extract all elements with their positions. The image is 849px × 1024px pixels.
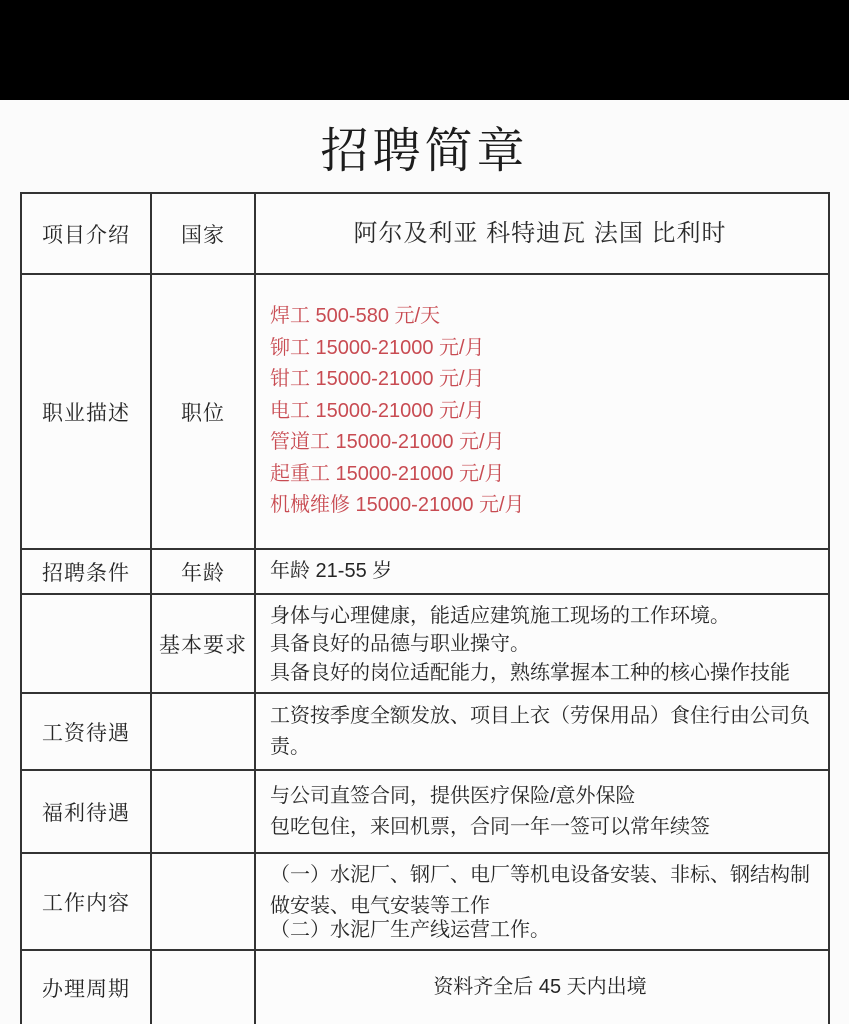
content-line: 身体与心理健康，能适应建筑施工现场的工作环境。	[270, 601, 810, 629]
content-line: （二）水泥厂生产线运营工作。	[270, 915, 810, 943]
cell-category-empty	[22, 595, 152, 694]
content-line: 电工 15000-21000 元/月	[270, 396, 810, 428]
content-line: 包吃包住，来回机票，合同一年一签可以常年续签	[270, 812, 810, 843]
cell-content-age: 年龄 21-55 岁	[256, 550, 828, 595]
cell-sub-age: 年龄	[152, 550, 256, 595]
cell-sub-empty	[152, 771, 256, 854]
recruitment-table: 项目介绍 国家 阿尔及利亚 科特迪瓦 法国 比利时 职业描述 职位 焊工 500…	[20, 192, 830, 1024]
cell-content-welfare: 与公司直签合同，提供医疗保险/意外保险 包吃包住，来回机票，合同一年一签可以常年…	[256, 771, 828, 854]
cell-sub-basic-requirements: 基本要求	[152, 595, 256, 694]
content-line: 资料齐全后 45 天内出境	[433, 972, 646, 1003]
cell-category-welfare: 福利待遇	[22, 771, 152, 854]
cell-content-basic-requirements: 身体与心理健康，能适应建筑施工现场的工作环境。 具备良好的品德与职业操守。 具备…	[256, 595, 828, 694]
cell-sub-empty	[152, 951, 256, 1024]
content-line: （一）水泥厂、钢厂、电厂等机电设备安装、非标、钢结构制做安装、电气安装等工作	[270, 860, 810, 915]
content-line: 机械维修 15000-21000 元/月	[270, 490, 810, 522]
cell-sub-empty	[152, 694, 256, 771]
top-black-bar	[0, 0, 849, 100]
cell-sub-position: 职位	[152, 275, 256, 550]
content-line: 与公司直签合同，提供医疗保险/意外保险	[270, 781, 810, 812]
content-line: 管道工 15000-21000 元/月	[270, 427, 810, 459]
content-line: 铆工 15000-21000 元/月	[270, 333, 810, 365]
content-line: 具备良好的岗位适配能力，熟练掌握本工种的核心操作技能	[270, 658, 810, 686]
cell-category-job-description: 职业描述	[22, 275, 152, 550]
content-line: 焊工 500-580 元/天	[270, 301, 810, 333]
cell-category-project-intro: 项目介绍	[22, 194, 152, 275]
content-line: 具备良好的品德与职业操守。	[270, 629, 810, 657]
cell-content-work-content: （一）水泥厂、钢厂、电厂等机电设备安装、非标、钢结构制做安装、电气安装等工作 （…	[256, 854, 828, 951]
cell-category-recruit-conditions: 招聘条件	[22, 550, 152, 595]
content-line: 钳工 15000-21000 元/月	[270, 364, 810, 396]
page-title: 招聘简章	[0, 112, 849, 181]
cell-content-salary: 工资按季度全额发放、项目上衣（劳保用品）食住行由公司负责。	[256, 694, 828, 771]
cell-category-work-content: 工作内容	[22, 854, 152, 951]
content-line: 阿尔及利亚 科特迪瓦 法国 比利时	[353, 218, 726, 249]
cell-category-salary: 工资待遇	[22, 694, 152, 771]
cell-content-positions: 焊工 500-580 元/天 铆工 15000-21000 元/月 钳工 150…	[256, 275, 828, 550]
cell-category-processing-period: 办理周期	[22, 951, 152, 1024]
content-line: 起重工 15000-21000 元/月	[270, 459, 810, 491]
cell-sub-country: 国家	[152, 194, 256, 275]
content-line: 工资按季度全额发放、项目上衣（劳保用品）食住行由公司负责。	[270, 701, 810, 763]
cell-content-processing-period: 资料齐全后 45 天内出境	[256, 951, 828, 1024]
cell-sub-empty	[152, 854, 256, 951]
content-line: 年龄 21-55 岁	[270, 556, 810, 587]
cell-content-countries: 阿尔及利亚 科特迪瓦 法国 比利时	[256, 194, 828, 275]
